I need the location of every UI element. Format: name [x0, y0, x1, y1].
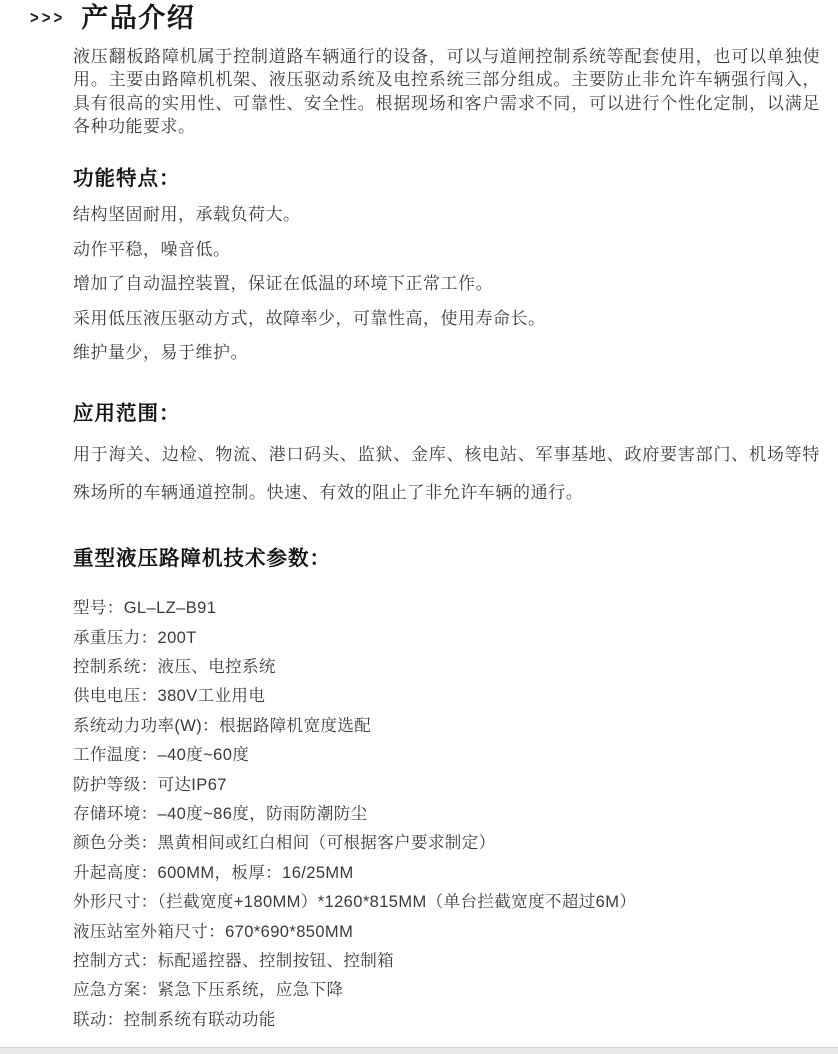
feature-item: 增加了自动温控装置，保证在低温的环境下正常工作。 [73, 273, 820, 294]
feature-item: 结构坚固耐用，承载负荷大。 [73, 204, 820, 225]
feature-item: 动作平稳，噪音低。 [73, 239, 820, 260]
spec-row-working-temperature: 工作温度：–40度~60度 [73, 741, 820, 770]
applications-heading: 应用范围： [73, 396, 820, 426]
spec-row-pump-station-size: 液压站室外箱尺寸：670*690*850MM [73, 918, 820, 947]
spec-row-linkage: 联动：控制系统有联动功能 [73, 1006, 820, 1035]
spec-row-control-system: 控制系统：液压、电控系统 [73, 653, 820, 682]
product-intro-page: >>> 产品介绍 液压翻板路障机属于控制道路车辆通行的设备，可以与道闸控制系统等… [0, 0, 838, 1035]
specs-list: 型号：GL–LZ–B91 承重压力：200T 控制系统：液压、电控系统 供电电压… [73, 594, 820, 1035]
spec-row-control-method: 控制方式：标配遥控器、控制按钮、控制箱 [73, 947, 820, 976]
intro-paragraph: 液压翻板路障机属于控制道路车辆通行的设备，可以与道闸控制系统等配套使用，也可以单… [73, 45, 820, 139]
spec-row-emergency-plan: 应急方案：紧急下压系统，应急下降 [73, 976, 820, 1005]
page-bottom-edge [0, 1047, 838, 1054]
features-heading: 功能特点： [73, 161, 820, 191]
spec-row-power: 系统动力功率(W)：根据路障机宽度选配 [73, 712, 820, 741]
spec-row-supply-voltage: 供电电压：380V工业用电 [73, 682, 820, 711]
specs-heading: 重型液压路障机技术参数： [73, 541, 820, 571]
spec-row-storage-environment: 存储环境：–40度~86度，防雨防潮防尘 [73, 800, 820, 829]
page-header: >>> 产品介绍 [30, 4, 820, 34]
spec-row-protection-rating: 防护等级：可达IP67 [73, 771, 820, 800]
feature-item: 采用低压液压驱动方式，故障率少，可靠性高，使用寿命长。 [73, 308, 820, 329]
applications-paragraph: 用于海关、边检、物流、港口码头、监狱、金库、核电站、军事基地、政府要害部门、机场… [73, 436, 820, 512]
spec-row-load-capacity: 承重压力：200T [73, 624, 820, 653]
feature-item: 维护量少，易于维护。 [73, 342, 820, 363]
spec-row-color-options: 颜色分类：黑黄相间或红白相间（可根据客户要求制定） [73, 829, 820, 858]
spec-row-model: 型号：GL–LZ–B91 [73, 594, 820, 623]
spec-row-dimensions: 外形尺寸：（拦截宽度+180MM）*1260*815MM（单台拦截宽度不超过6M… [73, 888, 820, 917]
spec-row-raise-height: 升起高度：600MM，板厚：16/25MM [73, 859, 820, 888]
triple-chevron-right-icon: >>> [30, 9, 65, 29]
page-title: 产品介绍 [81, 4, 195, 34]
